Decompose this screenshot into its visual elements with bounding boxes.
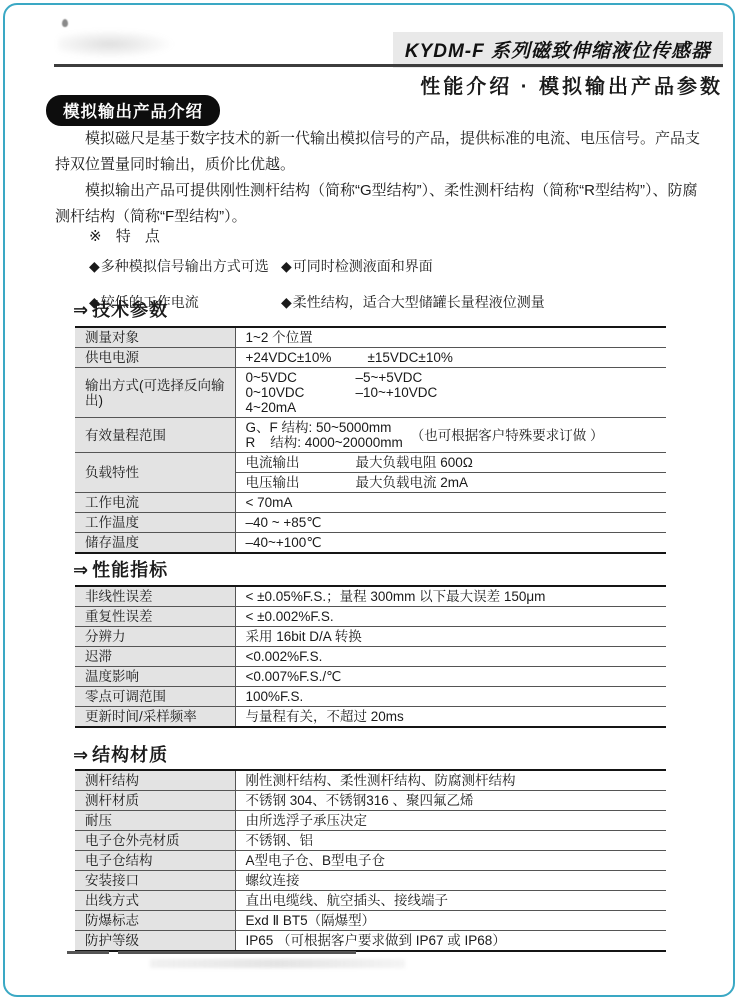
param-value: 不锈钢 304、不锈钢316 、聚四氟乙烯 [235,791,666,811]
value-part: ±15VDC±10% [368,350,453,365]
value-line: G、F 结构: 50~5000mm [246,420,403,435]
param-value: Exd Ⅱ BT5（隔爆型） [235,911,666,931]
section-title: 结构材质 [92,745,168,765]
param-label: 储存温度 [75,533,235,554]
param-value: < ±0.05%F.S.；量程 300mm 以下最大误差 150μm [235,586,666,607]
table-row: 储存温度 –40~+100℃ [75,533,666,554]
param-value: 螺纹连接 [235,871,666,891]
param-label: 零点可调范围 [75,687,235,707]
value-line: 0~5VDC–5~+5VDC [246,370,657,385]
value-part: –10~+10VDC [356,385,438,400]
value-line: 0~10VDC–10~+10VDC [246,385,657,400]
param-label: 测杆材质 [75,791,235,811]
arrow-icon: ⇒ [73,560,89,580]
structure-table: 测杆结构刚性测杆结构、柔性测杆结构、防腐测杆结构 测杆材质不锈钢 304、不锈钢… [75,769,666,952]
table-row: 有效量程范围 G、F 结构: 50~5000mm R 结构: 4000~2000… [75,418,666,453]
table-row: 非线性误差< ±0.05%F.S.；量程 300mm 以下最大误差 150μm [75,586,666,607]
table-row: 耐压由所选浮子承压决定 [75,811,666,831]
table-row: 迟滞<0.002%F.S. [75,647,666,667]
param-value: 刚性测杆结构、柔性测杆结构、防腐测杆结构 [235,770,666,791]
param-label: 输出方式(可选择反向输出) [75,368,235,418]
param-label: 电子仓结构 [75,851,235,871]
range-note: （也可根据客户特殊要求订做 ） [411,428,604,443]
section-title: 性能指标 [92,560,168,580]
intro-paragraphs: 模拟磁尺是基于数字技术的新一代输出模拟信号的产品，提供标准的电流、电压信号。产品… [55,126,705,230]
param-label: 安装接口 [75,871,235,891]
param-label: 工作温度 [75,513,235,533]
param-value: +24VDC±10%±15VDC±10% [235,348,666,368]
arrow-icon: ⇒ [73,745,89,765]
param-value: IP65 （可根据客户要求做到 IP67 或 IP68） [235,931,666,952]
footer-line-short [67,951,109,954]
param-label: 供电电源 [75,348,235,368]
table-row: 工作电流 < 70mA [75,493,666,513]
intro-paragraph-2: 模拟输出产品可提供刚性测杆结构（简称“G型结构”）、柔性测杆结构（简称“R型结构… [55,178,705,230]
param-value: 100%F.S. [235,687,666,707]
footer-faint-text [150,959,405,968]
param-label: 负载特性 [75,453,235,493]
page-subtitle: 性能介绍 · 模拟输出产品参数 [420,70,723,99]
table-row: 重复性误差< ±0.002%F.S. [75,607,666,627]
param-label: 有效量程范围 [75,418,235,453]
table-row: 供电电源 +24VDC±10%±15VDC±10% [75,348,666,368]
feature-text: 多种模拟信号输出方式可选 [101,258,269,274]
features-title: ※ 特 点 [89,225,545,246]
param-label: 工作电流 [75,493,235,513]
table-row: 电子仓结构A型电子仓、B型电子仓 [75,851,666,871]
param-label: 迟滞 [75,647,235,667]
feature-item: ◆可同时检测液面和界面 [281,256,545,276]
feature-text: 柔性结构，适合大型储罐长量程液位测量 [293,294,545,310]
param-label: 重复性误差 [75,607,235,627]
param-label: 测杆结构 [75,770,235,791]
param-value: 电压输出最大负载电流 2mA [235,473,666,493]
structure-heading: ⇒结构材质 [73,741,168,767]
footer-line-long [118,951,356,954]
param-value: 采用 16bit D/A 转换 [235,627,666,647]
table-row: 出线方式直出电缆线、航空插头、接线端子 [75,891,666,911]
param-label: 分辨力 [75,627,235,647]
table-row: 电子仓外壳材质不锈钢、铝 [75,831,666,851]
table-row: 负载特性 电流输出最大负载电阻 600Ω [75,453,666,473]
value-line: 4~20mA [246,400,657,415]
param-value: <0.002%F.S. [235,647,666,667]
param-label: 电子仓外壳材质 [75,831,235,851]
feature-text: 可同时检测液面和界面 [293,258,433,274]
table-row: 测杆结构刚性测杆结构、柔性测杆结构、防腐测杆结构 [75,770,666,791]
value-part: 电流输出 [246,455,356,470]
value-line: R 结构: 4000~20000mm [246,435,403,450]
table-row: 测杆材质不锈钢 304、不锈钢316 、聚四氟乙烯 [75,791,666,811]
param-value: 1~2 个位置 [235,327,666,348]
table-row: 更新时间/采样频率与量程有关，不超过 20ms [75,707,666,728]
param-value: 不锈钢、铝 [235,831,666,851]
section-title: 技术参数 [92,300,168,320]
param-value: G、F 结构: 50~5000mm R 结构: 4000~20000mm （也可… [235,418,666,453]
diamond-bullet-icon: ◆ [281,294,292,310]
param-value: 电流输出最大负载电阻 600Ω [235,453,666,473]
product-title: KYDM-F 系列磁致伸缩液位传感器 [393,32,723,68]
value-part: 最大负载电阻 600Ω [356,455,473,470]
param-value: <0.007%F.S./℃ [235,667,666,687]
table-row: 测量对象 1~2 个位置 [75,327,666,348]
table-row: 安装接口螺纹连接 [75,871,666,891]
param-value: 直出电缆线、航空插头、接线端子 [235,891,666,911]
param-value: < ±0.002%F.S. [235,607,666,627]
param-label: 测量对象 [75,327,235,348]
param-label: 更新时间/采样频率 [75,707,235,728]
param-value: 0~5VDC–5~+5VDC 0~10VDC–10~+10VDC 4~20mA [235,368,666,418]
feature-item: ◆柔性结构，适合大型储罐长量程液位测量 [281,292,545,312]
tech-params-table: 测量对象 1~2 个位置 供电电源 +24VDC±10%±15VDC±10% 输… [75,326,666,554]
intro-section-badge: 模拟输出产品介绍 [46,95,220,126]
table-row: 温度影响<0.007%F.S./℃ [75,667,666,687]
param-label: 耐压 [75,811,235,831]
table-row: 输出方式(可选择反向输出) 0~5VDC–5~+5VDC 0~10VDC–10~… [75,368,666,418]
range-lines: G、F 结构: 50~5000mm R 结构: 4000~20000mm [246,420,403,450]
tech-params-heading: ⇒技术参数 [73,296,168,322]
param-label: 出线方式 [75,891,235,911]
param-label: 防爆标志 [75,911,235,931]
diamond-bullet-icon: ◆ [281,258,292,274]
feature-item: ◆多种模拟信号输出方式可选 [89,256,281,276]
arrow-icon: ⇒ [73,300,89,320]
table-row: 分辨力采用 16bit D/A 转换 [75,627,666,647]
value-part: –5~+5VDC [356,370,423,385]
value-part: 电压输出 [246,475,356,490]
watermark-logo [58,30,173,58]
param-value: 由所选浮子承压决定 [235,811,666,831]
param-value: –40~+100℃ [235,533,666,554]
diamond-bullet-icon: ◆ [89,258,100,274]
value-part: 0~5VDC [246,370,356,385]
performance-heading: ⇒性能指标 [73,556,168,582]
value-part: 0~10VDC [246,385,356,400]
param-label: 非线性误差 [75,586,235,607]
param-value: 与量程有关，不超过 20ms [235,707,666,728]
param-label: 温度影响 [75,667,235,687]
table-row: 零点可调范围100%F.S. [75,687,666,707]
table-row: 防护等级IP65 （可根据客户要求做到 IP67 或 IP68） [75,931,666,952]
footer-divider [67,951,356,954]
table-row: 防爆标志Exd Ⅱ BT5（隔爆型） [75,911,666,931]
datasheet-page: KYDM-F 系列磁致伸缩液位传感器 性能介绍 · 模拟输出产品参数 模拟输出产… [0,0,738,1000]
value-part: +24VDC±10% [246,350,368,365]
header-divider [54,64,723,67]
performance-table: 非线性误差< ±0.05%F.S.；量程 300mm 以下最大误差 150μm … [75,585,666,728]
table-row: 工作温度 –40 ~ +85℃ [75,513,666,533]
watermark-dot [62,19,68,27]
value-part: 最大负载电流 2mA [356,475,469,490]
param-label: 防护等级 [75,931,235,952]
range-value: G、F 结构: 50~5000mm R 结构: 4000~20000mm （也可… [246,420,657,450]
param-value: –40 ~ +85℃ [235,513,666,533]
param-value: < 70mA [235,493,666,513]
intro-paragraph-1: 模拟磁尺是基于数字技术的新一代输出模拟信号的产品，提供标准的电流、电压信号。产品… [55,126,705,178]
param-value: A型电子仓、B型电子仓 [235,851,666,871]
